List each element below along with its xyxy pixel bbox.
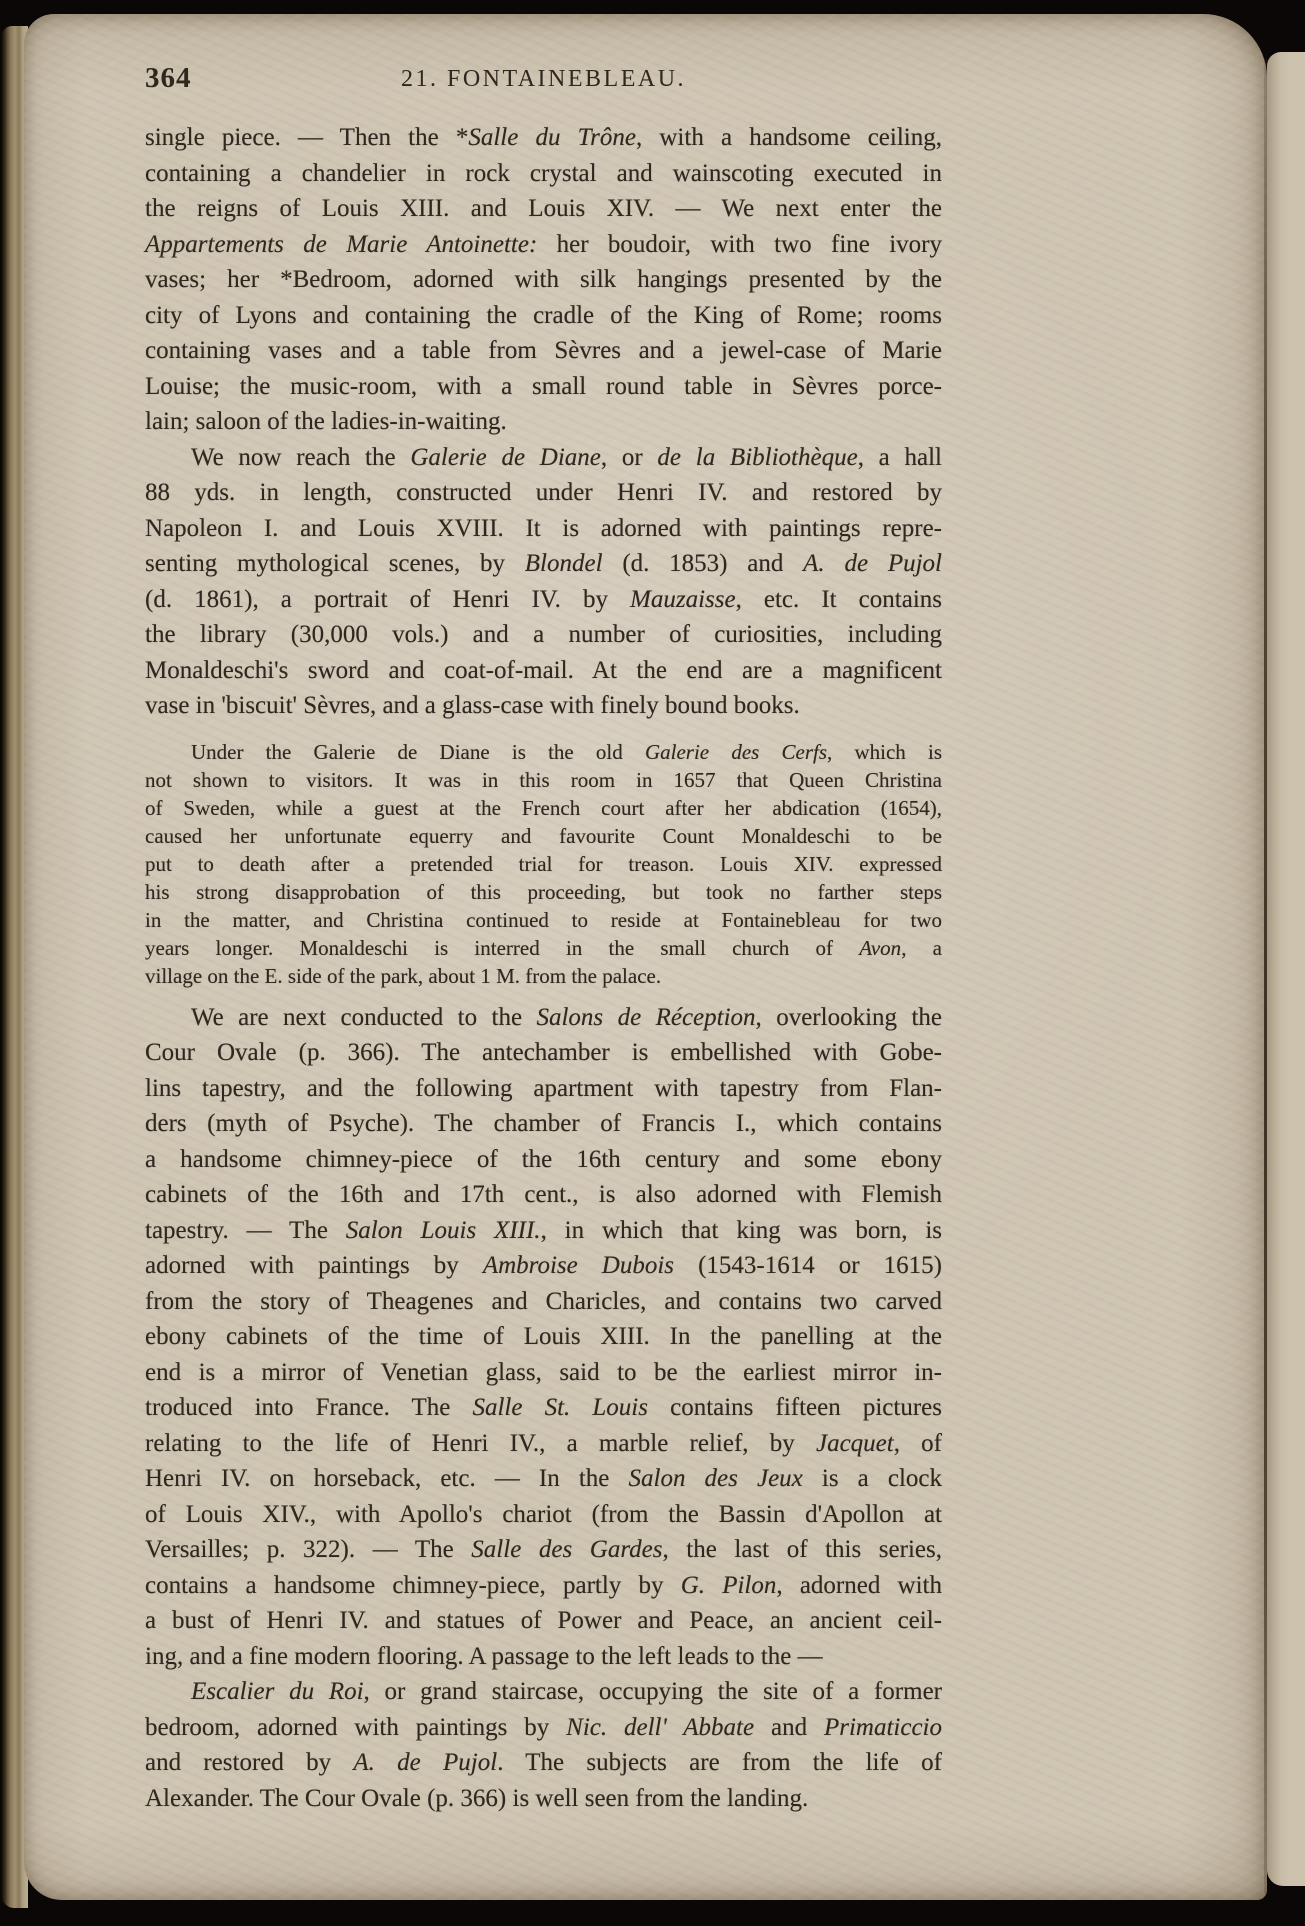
- text-line: put to death after a pretended trial for…: [145, 850, 942, 878]
- text-line: vases; her *Bedroom, adorned with silk h…: [145, 262, 942, 298]
- text-line: not shown to visitors. It was in this ro…: [145, 766, 942, 794]
- text-line: caused her unfortunate equerry and favou…: [145, 822, 942, 850]
- adjacent-page-edge: [1267, 52, 1305, 1886]
- paragraph: We now reach the Galerie de Diane, or de…: [145, 440, 942, 724]
- text-line: Alexander. The Cour Ovale (p. 366) is we…: [145, 1781, 942, 1817]
- text-line: 88 yds. in length, constructed under Hen…: [145, 475, 942, 511]
- text-line: Napoleon I. and Louis XVIII. It is adorn…: [145, 511, 942, 547]
- text-line: Appartements de Marie Antoinette: her bo…: [145, 227, 942, 263]
- text-line: years longer. Monaldeschi is interred in…: [145, 934, 942, 962]
- text-line: containing a chandelier in rock crystal …: [145, 156, 942, 192]
- text-line: lins tapestry, and the following apartme…: [145, 1071, 942, 1107]
- text-line: ebony cabinets of the time of Louis XIII…: [145, 1319, 942, 1355]
- text-line: Monaldeschi's sword and coat-of-mail. At…: [145, 653, 942, 689]
- text-line: end is a mirror of Venetian glass, said …: [145, 1355, 942, 1391]
- text-line: contains a handsome chimney-piece, partl…: [145, 1568, 942, 1604]
- text-line: tapestry. — The Salon Louis XIII., in wh…: [145, 1213, 942, 1249]
- text-line: bedroom, adorned with paintings by Nic. …: [145, 1710, 942, 1746]
- text-line: and restored by A. de Pujol. The subject…: [145, 1745, 942, 1781]
- text-line: relating to the life of Henri IV., a mar…: [145, 1426, 942, 1462]
- page-crease: [1264, 58, 1267, 1894]
- text-line: ing, and a fine modern flooring. A passa…: [145, 1639, 942, 1675]
- text-line: lain; saloon of the ladies-in-waiting.: [145, 404, 942, 440]
- text-line: adorned with paintings by Ambroise Duboi…: [145, 1248, 942, 1284]
- text-line: Versailles; p. 322). — The Salle des Gar…: [145, 1532, 942, 1568]
- text-line: a handsome chimney-piece of the 16th cen…: [145, 1142, 942, 1178]
- text-line: of Louis XIV., with Apollo's chariot (fr…: [145, 1497, 942, 1533]
- text-line: city of Lyons and containing the cradle …: [145, 298, 942, 334]
- text-line: containing vases and a table from Sèvres…: [145, 333, 942, 369]
- text-line: a bust of Henri IV. and statues of Power…: [145, 1603, 942, 1639]
- text-line: the library (30,000 vols.) and a number …: [145, 617, 942, 653]
- text-line: Henri IV. on horseback, etc. — In the Sa…: [145, 1461, 942, 1497]
- text-line: ders (myth of Psyche). The chamber of Fr…: [145, 1106, 942, 1142]
- page-header: 364 21. FONTAINEBLEAU.: [145, 62, 942, 102]
- paragraph: Under the Galerie de Diane is the old Ga…: [145, 738, 942, 990]
- text-line: his strong disapprobation of this procee…: [145, 878, 942, 906]
- text-line: troduced into France. The Salle St. Loui…: [145, 1390, 942, 1426]
- book-scan-background: 364 21. FONTAINEBLEAU. single piece. — T…: [0, 0, 1305, 1926]
- text-line: Cour Ovale (p. 366). The antechamber is …: [145, 1035, 942, 1071]
- text-line: We now reach the Galerie de Diane, or de…: [145, 440, 942, 476]
- paragraph: We are next conducted to the Salons de R…: [145, 1000, 942, 1675]
- text-line: senting mythological scenes, by Blondel …: [145, 546, 942, 582]
- text-line: vase in 'biscuit' Sèvres, and a glass-ca…: [145, 688, 942, 724]
- text-line: Under the Galerie de Diane is the old Ga…: [145, 738, 942, 766]
- text-line: Escalier du Roi, or grand staircase, occ…: [145, 1674, 942, 1710]
- text-line: We are next conducted to the Salons de R…: [145, 1000, 942, 1036]
- paragraph: Escalier du Roi, or grand staircase, occ…: [145, 1674, 942, 1816]
- text-line: (d. 1861), a portrait of Henri IV. by Ma…: [145, 582, 942, 618]
- text-line: Louise; the music-room, with a small rou…: [145, 369, 942, 405]
- text-line: in the matter, and Christina continued t…: [145, 906, 942, 934]
- text-line: of Sweden, while a guest at the French c…: [145, 794, 942, 822]
- page-body: single piece. — Then the *Salle du Trône…: [145, 120, 942, 1816]
- text-column: 364 21. FONTAINEBLEAU. single piece. — T…: [145, 0, 942, 1926]
- text-line: single piece. — Then the *Salle du Trône…: [145, 120, 942, 156]
- text-line: from the story of Theagenes and Charicle…: [145, 1284, 942, 1320]
- text-line: cabinets of the 16th and 17th cent., is …: [145, 1177, 942, 1213]
- text-line: the reigns of Louis XIII. and Louis XIV.…: [145, 191, 942, 227]
- paragraph: single piece. — Then the *Salle du Trône…: [145, 120, 942, 440]
- text-line: village on the E. side of the park, abou…: [145, 962, 942, 990]
- page-title: 21. FONTAINEBLEAU.: [145, 66, 942, 93]
